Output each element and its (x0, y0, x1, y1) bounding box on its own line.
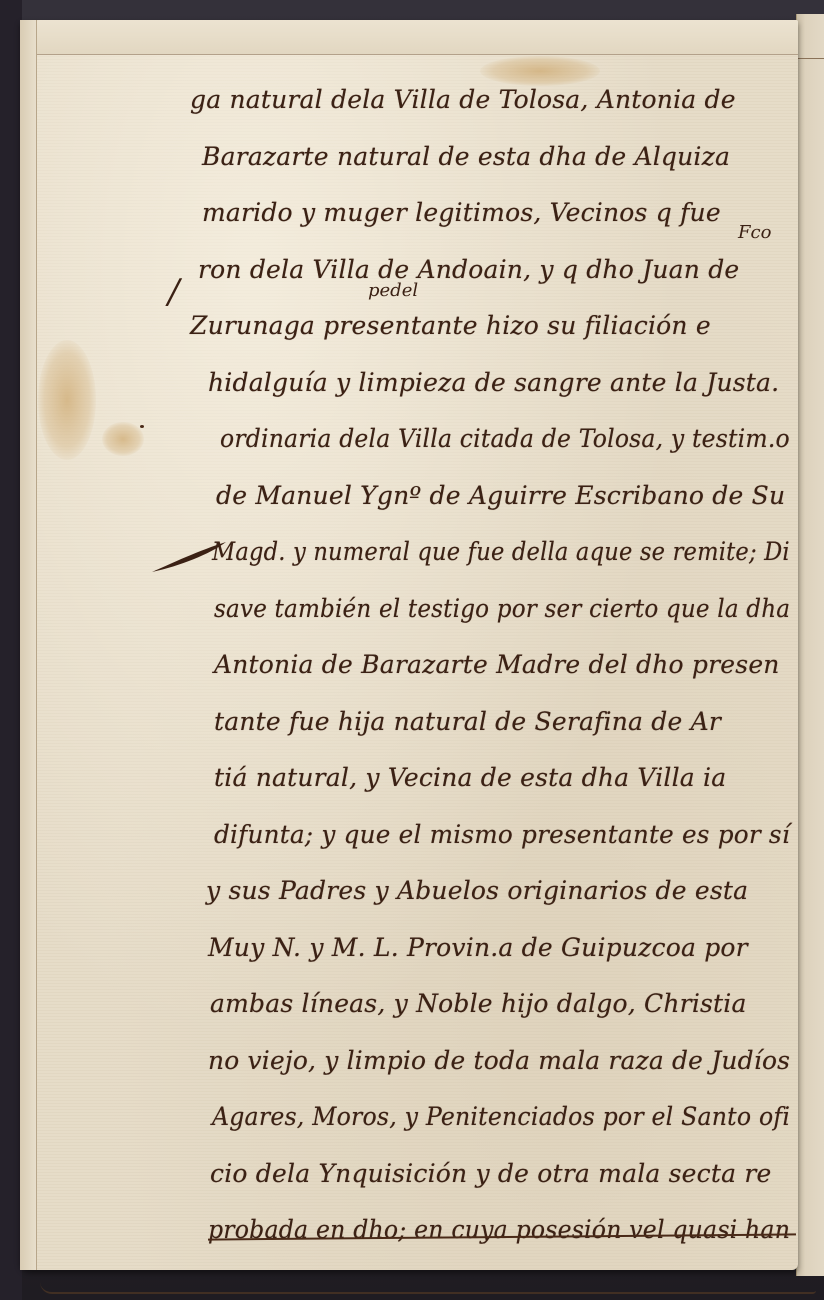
margin-slash-mark: / (168, 272, 179, 312)
scan-left-border (0, 0, 22, 1300)
manuscript-text: ga natural dela Villa de Tolosa, Antonia… (190, 72, 780, 1259)
scan-background: / Fco pedel ga natural dela Villa de Tol… (0, 0, 824, 1300)
ink-spot (140, 425, 144, 428)
text-line: hidalguía y limpieza de sangre ante la J… (208, 355, 798, 412)
text-line: Agares, Moros, y Penitenciados por el Sa… (212, 1089, 802, 1146)
torn-top-edge (34, 20, 798, 55)
text-line: Magd. y numeral que fue della aque se re… (212, 524, 802, 581)
bottom-page-edge (40, 1282, 816, 1294)
text-line: Zurunaga presentante hizo su filiación e (190, 298, 780, 355)
folded-left-margin (20, 20, 37, 1270)
text-line: ron dela Villa de Andoain, y q dho Juan … (198, 242, 788, 299)
text-line: tiá natural, y Vecina de esta dha Villa … (214, 750, 804, 807)
water-stain (38, 340, 96, 460)
text-line: Muy N. y M. L. Provin.a de Guipuzcoa por (208, 920, 798, 977)
text-line: tante fue hija natural de Serafina de Ar (214, 694, 804, 751)
text-line: y sus Padres y Abuelos originarios de es… (206, 863, 796, 920)
text-line: cio dela Ynquisición y de otra mala sect… (210, 1146, 800, 1203)
text-line: no viejo, y limpio de toda mala raza de … (208, 1033, 798, 1090)
text-line: ga natural dela Villa de Tolosa, Antonia… (190, 72, 780, 129)
text-line: de Manuel Ygnº de Aguirre Escribano de S… (216, 468, 806, 525)
adjacent-page-fold (797, 58, 824, 59)
water-stain (102, 422, 144, 456)
text-line: save también el testigo por ser cierto q… (214, 581, 804, 638)
text-line: difunta; y que el mismo presentante es p… (214, 807, 804, 864)
text-line: marido y muger legitimos, Vecinos q fue (202, 185, 792, 242)
text-line: ambas líneas, y Noble hijo dalgo, Christ… (210, 976, 800, 1033)
text-line: probada en dho; en cuya posesión vel qua… (208, 1202, 798, 1259)
text-line: Antonia de Barazarte Madre del dho prese… (214, 637, 804, 694)
text-line: Barazarte natural de esta dha de Alquiza (202, 129, 792, 186)
text-line: ordinaria dela Villa citada de Tolosa, y… (220, 411, 810, 468)
